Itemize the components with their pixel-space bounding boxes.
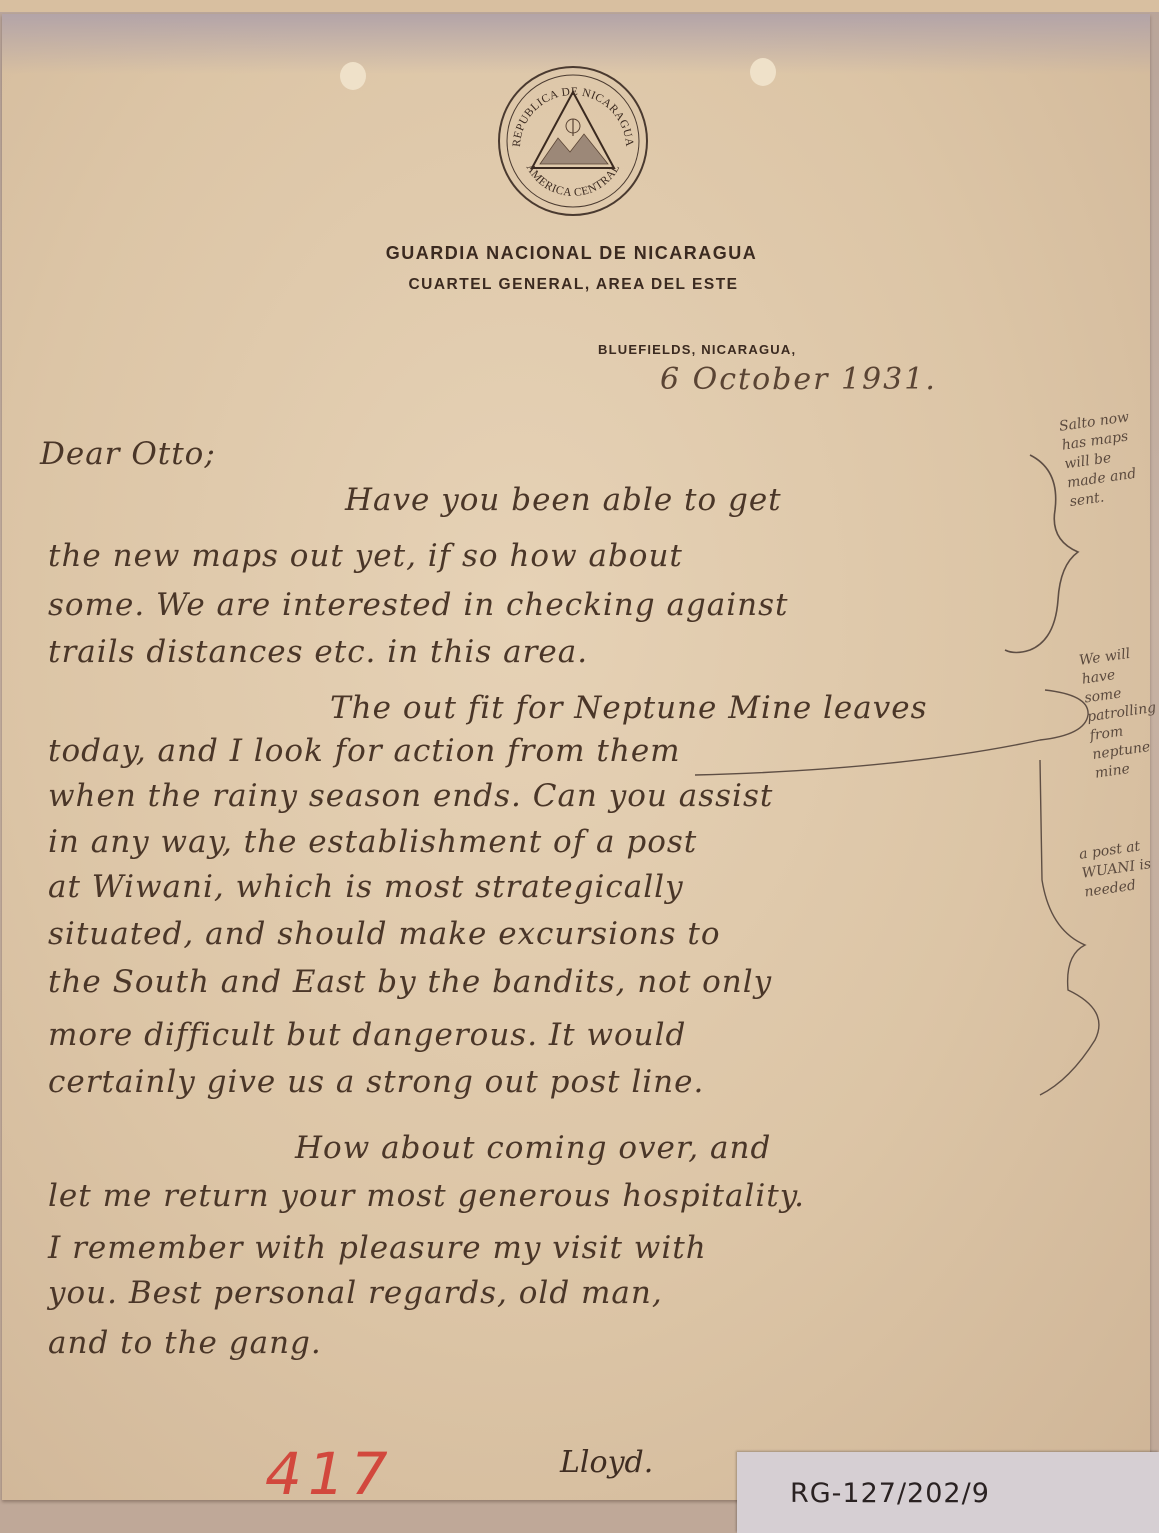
archive-page-number: 417 <box>265 1440 394 1508</box>
margin-note-maps: Salto now has maps will be made and sent… <box>1058 405 1159 512</box>
body-line: the new maps out yet, if so how about <box>48 538 683 574</box>
body-line: some. We are interested in checking agai… <box>48 587 789 623</box>
body-line: situated, and should make excursions to <box>48 916 721 952</box>
city-line: BLUEFIELDS, NICARAGUA, <box>598 342 796 357</box>
body-line: when the rainy season ends. Can you assi… <box>48 778 773 814</box>
background-strip <box>0 0 1159 12</box>
body-line: in any way, the establishment of a post <box>48 824 697 860</box>
body-line: Have you been able to get <box>345 482 782 518</box>
body-line: you. Best personal regards, old man, <box>48 1275 663 1311</box>
body-line: and to the gang. <box>48 1325 322 1361</box>
body-line: more difficult but dangerous. It would <box>48 1017 686 1053</box>
body-line: How about coming over, and <box>295 1130 771 1166</box>
department-title: CUARTEL GENERAL, AREA DEL ESTE <box>0 276 1153 294</box>
body-line: the South and East by the bandits, not o… <box>48 964 772 1000</box>
signature: Lloyd. <box>560 1445 653 1480</box>
punch-hole-right <box>750 58 776 86</box>
svg-text:REPUBLICA DE NICARAGUA: REPUBLICA DE NICARAGUA <box>511 86 635 148</box>
body-line: at Wiwani, which is most strategically <box>48 869 684 905</box>
salutation: Dear Otto; <box>40 436 216 472</box>
margin-note-post: a post at WUANI is needed <box>1078 836 1155 902</box>
punch-hole-left <box>340 62 366 90</box>
body-line: certainly give us a strong out post line… <box>48 1064 704 1100</box>
paper-shadow <box>2 14 1150 74</box>
record-group-label: RG-127/202/9 <box>790 1478 990 1509</box>
nicaragua-seal-icon: REPUBLICA DE NICARAGUA AMERICA CENTRAL <box>498 66 648 216</box>
organization-title: GUARDIA NACIONAL DE NICARAGUA <box>0 243 1151 264</box>
body-line: The out fit for Neptune Mine leaves <box>330 690 928 726</box>
letter-date: 6 October 1931. <box>660 362 937 397</box>
body-line: trails distances etc. in this area. <box>48 634 588 670</box>
body-line: today, and I look for action from them <box>48 733 681 769</box>
body-line: I remember with pleasure my visit with <box>48 1230 707 1266</box>
body-line: let me return your most generous hospita… <box>48 1178 805 1214</box>
